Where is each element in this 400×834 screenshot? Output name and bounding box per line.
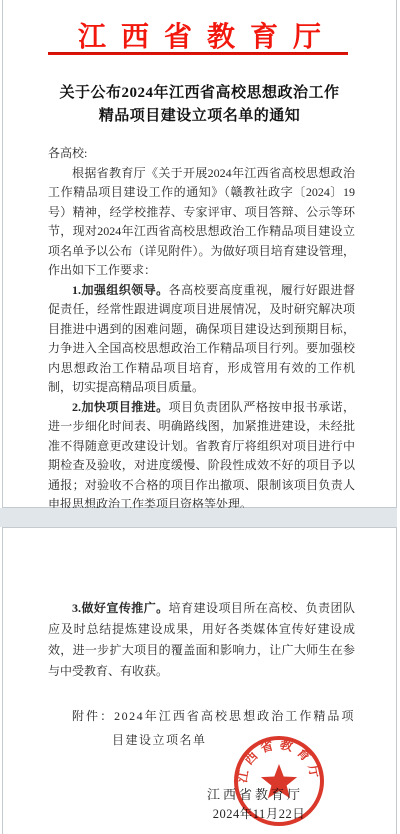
page1-body: 各高校: 根据省教育厅《关于开展2024年江西省高校思想政治工作精品项目建设工作… [48,144,355,520]
salutation: 各高校: [48,144,355,164]
intro-paragraph-text: 根据省教育厅《关于开展2024年江西省高校思想政治工作精品项目建设工作的通知》（… [48,166,355,278]
paragraph-item-1: 1.加强组织领导。各高校要高度重视，履行好跟进督促责任，经常性跟进调度项目进展情… [48,281,355,398]
item1-body: 各高校要高度重视，履行好跟进督促责任，经常性跟进调度项目进展情况，及时研究解决项… [48,283,355,395]
page-gap [0,508,397,527]
attachment-label: 附件： [72,709,114,723]
document-viewer: 江西省教育厅 关于公布2024年江西省高校思想政治工作 精品项目建设立项名单的通… [0,0,400,834]
item1-lead: 1.加强组织领导。 [72,283,169,297]
doc-title: 关于公布2024年江西省高校思想政治工作 精品项目建设立项名单的通知 [3,82,396,128]
paragraph-item-2: 2.加快项目推进。项目负责团队严格按申报书承诺，进一步细化时间表、明确路线图，加… [48,398,355,515]
paragraph-item-3: 3.做好宣传推广。培育建设项目所在高校、负责团队应及时总结提炼建设成果，用好各类… [48,598,355,682]
page-1: 江西省教育厅 关于公布2024年江西省高校思想政治工作 精品项目建设立项名单的通… [2,0,397,508]
seal-star-icon [261,764,297,798]
item2-body: 项目负责团队严格按申报书承诺，进一步细化时间表、明确路线图，加紧推进建设，未经批… [48,400,355,512]
page2-body: 3.做好宣传推广。培育建设项目所在高校、负责团队应及时总结提炼建设成果，用好各类… [48,598,355,752]
item2-lead: 2.加快项目推进。 [72,400,169,414]
doc-title-line2: 精品项目建设立项名单的通知 [3,105,396,128]
letterhead-divider [48,52,348,55]
official-seal-icon: 江西省教育厅 [232,734,326,828]
doc-title-line1: 关于公布2024年江西省高校思想政治工作 [3,82,396,105]
item3-lead: 3.做好宣传推广。 [72,601,169,615]
page-2: 3.做好宣传推广。培育建设项目所在高校、负责团队应及时总结提炼建设成果，用好各类… [2,527,397,834]
intro-paragraph: 根据省教育厅《关于开展2024年江西省高校思想政治工作精品项目建设工作的通知》（… [48,164,355,281]
letterhead-title: 江西省教育厅 [3,15,396,55]
